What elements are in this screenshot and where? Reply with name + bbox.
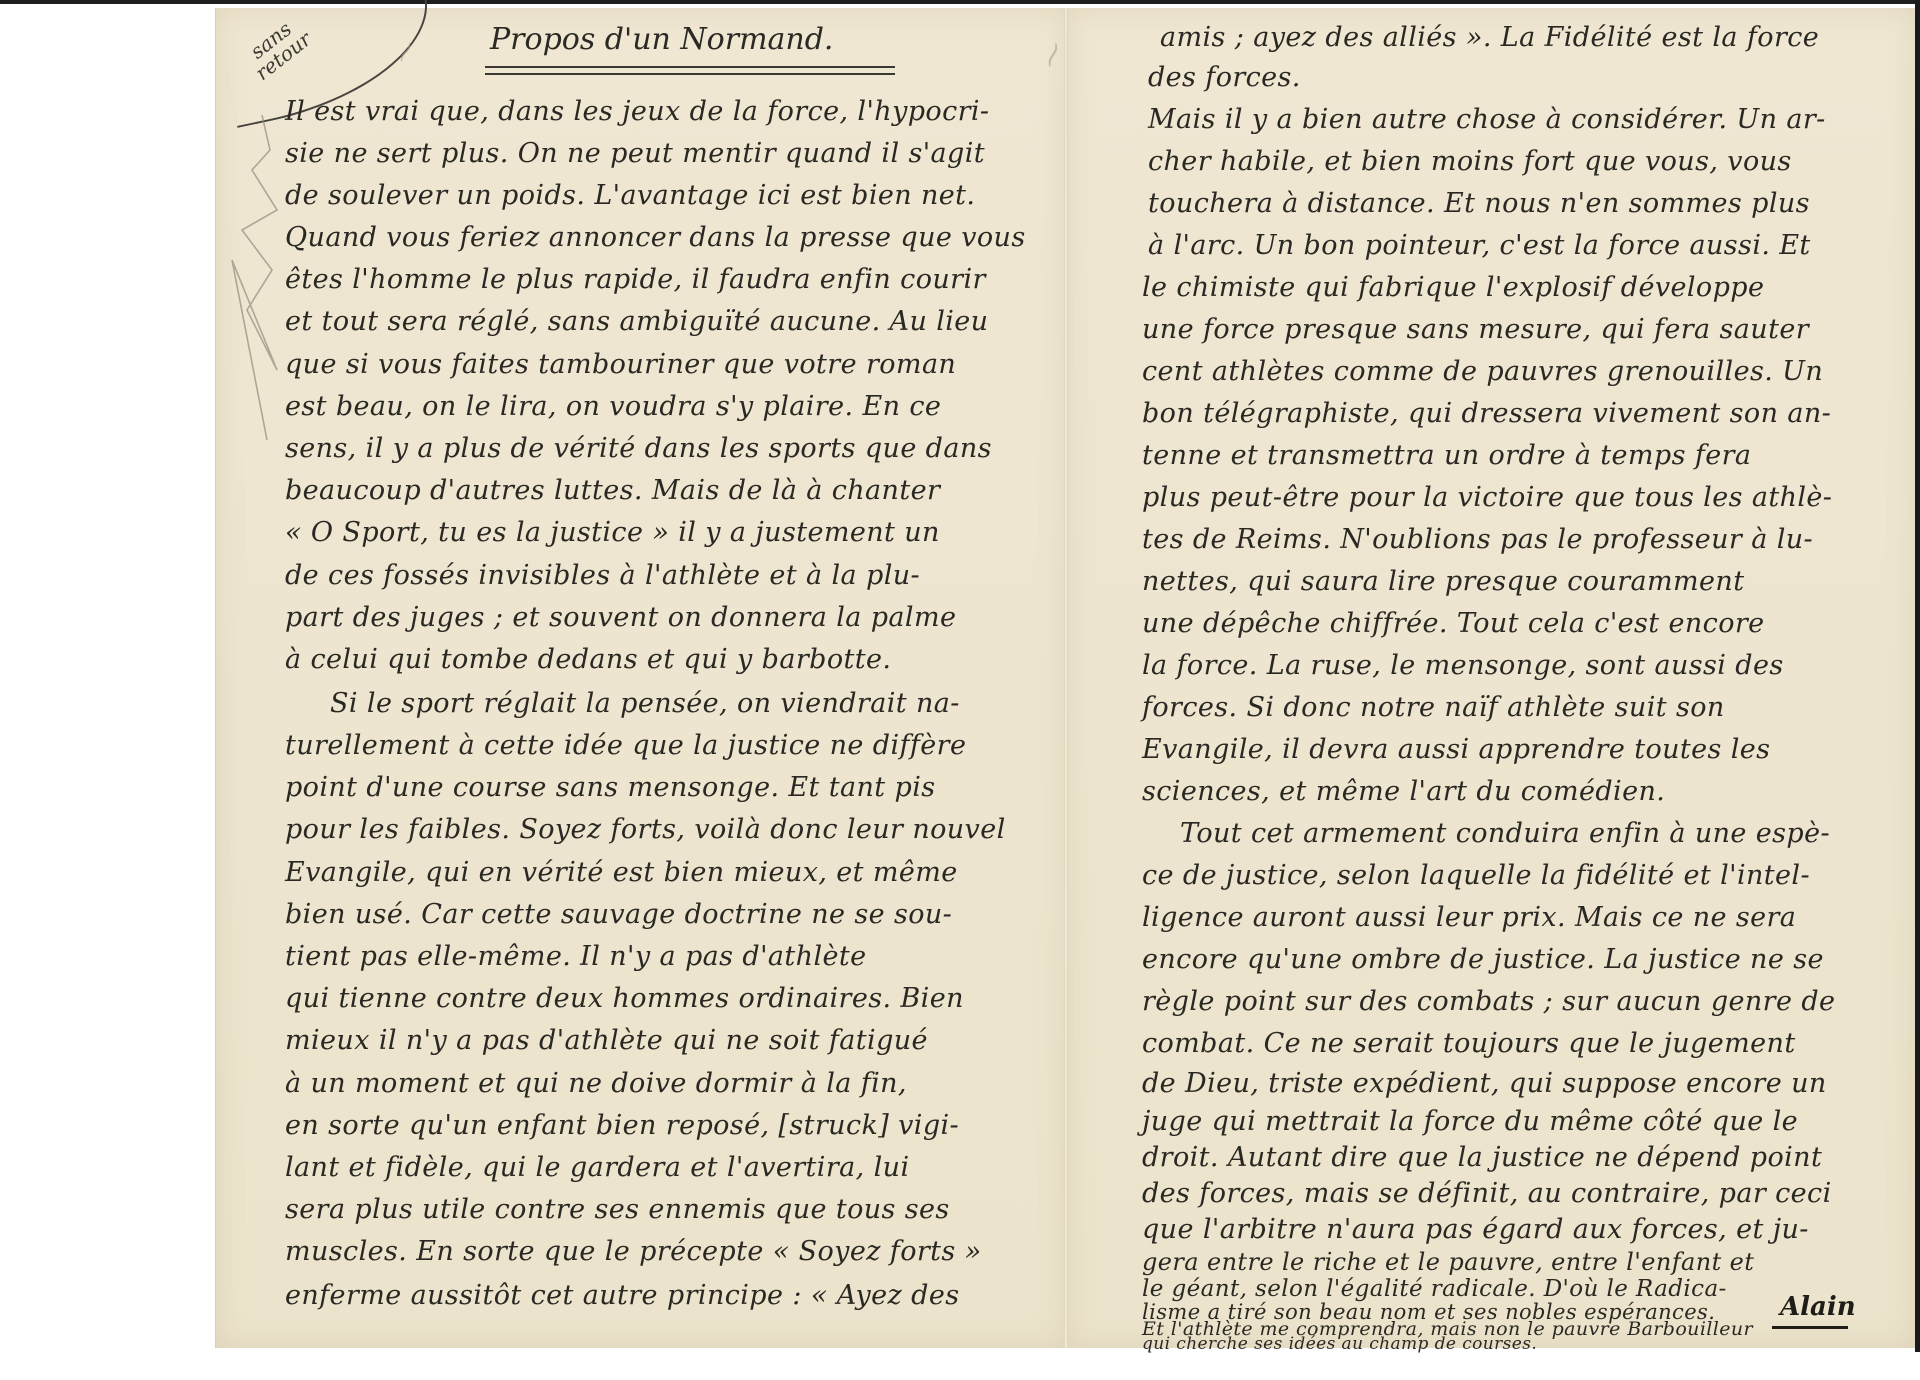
- text-line: le géant, selon l'égalité radicale. D'où…: [1142, 1276, 1727, 1302]
- text-line: à l'arc. Un bon pointeur, c'est la force…: [1148, 230, 1811, 261]
- text-line: Evangile, qui en vérité est bien mieux, …: [285, 857, 958, 888]
- text-line: enferme aussitôt cet autre principe : « …: [285, 1280, 959, 1311]
- scan-right-border: [1915, 0, 1920, 1352]
- text-line: ce de justice, selon laquelle la fidélit…: [1142, 860, 1810, 891]
- text-line: muscles. En sorte que le précepte « Soye…: [285, 1236, 982, 1267]
- text-line: bon télégraphiste, qui dressera vivement…: [1142, 398, 1831, 429]
- scan-top-border: [0, 0, 1920, 4]
- text-line: le chimiste qui fabrique l'explosif déve…: [1142, 272, 1764, 303]
- text-line: la force. La ruse, le mensonge, sont aus…: [1142, 650, 1784, 681]
- text-line: cent athlètes comme de pauvres grenouill…: [1142, 356, 1823, 387]
- text-line: point d'une course sans mensonge. Et tan…: [285, 772, 936, 803]
- text-line: amis ; ayez des alliés ». La Fidélité es…: [1160, 22, 1819, 53]
- text-line: touchera à distance. Et nous n'en sommes…: [1148, 188, 1810, 219]
- text-line: et tout sera réglé, sans ambiguïté aucun…: [285, 306, 988, 337]
- signature-underline: [1772, 1326, 1848, 1329]
- text-line: que l'arbitre n'aura pas égard aux force…: [1142, 1214, 1809, 1245]
- text-line: qui cherche ses idées au champ de course…: [1142, 1334, 1537, 1354]
- text-line: juge qui mettrait la force du même côté …: [1142, 1106, 1798, 1137]
- text-line: Tout cet armement conduira enfin à une e…: [1180, 818, 1830, 849]
- text-line: tenne et transmettra un ordre à temps fe…: [1142, 440, 1751, 471]
- text-line: mieux il n'y a pas d'athlète qui ne soit…: [285, 1025, 928, 1056]
- signature: Alain: [1780, 1292, 1856, 1322]
- text-line: Mais il y a bien autre chose à considére…: [1148, 104, 1826, 135]
- text-line: Il est vrai que, dans les jeux de la for…: [285, 96, 989, 127]
- pencil-scribble-icon: [222, 110, 292, 470]
- text-line: tient pas elle-même. Il n'y a pas d'athl…: [285, 941, 867, 972]
- text-line: des forces.: [1148, 62, 1301, 93]
- text-line: Quand vous feriez annoncer dans la press…: [285, 222, 1026, 253]
- text-line: êtes l'homme le plus rapide, il faudra e…: [285, 264, 986, 295]
- text-line: part des juges ; et souvent on donnera l…: [285, 602, 956, 633]
- text-line: de Dieu, triste expédient, qui suppose e…: [1142, 1068, 1827, 1099]
- text-line: Evangile, il devra aussi apprendre toute…: [1142, 734, 1770, 765]
- text-line: gera entre le riche et le pauvre, entre …: [1142, 1248, 1754, 1276]
- text-line: à un moment et qui ne doive dormir à la …: [285, 1068, 907, 1099]
- text-line: sie ne sert plus. On ne peut mentir quan…: [285, 138, 985, 169]
- text-line: turellement à cette idée que la justice …: [285, 730, 966, 761]
- text-line: à celui qui tombe dedans et qui y barbot…: [285, 644, 891, 675]
- title-underline-1: [485, 66, 895, 68]
- text-line: une dépêche chiffrée. Tout cela c'est en…: [1142, 608, 1765, 639]
- text-line: tes de Reims. N'oublions pas le professe…: [1142, 524, 1813, 555]
- text-line: pour les faibles. Soyez forts, voilà don…: [285, 814, 1006, 845]
- text-line: encore qu'une ombre de justice. La justi…: [1142, 944, 1824, 975]
- text-line: cher habile, et bien moins fort que vous…: [1148, 146, 1792, 177]
- text-line: est beau, on le lira, on voudra s'y plai…: [285, 391, 941, 422]
- text-line: que si vous faites tambouriner que votre…: [285, 349, 956, 380]
- text-line: en sorte qu'un enfant bien reposé, [stru…: [285, 1110, 959, 1141]
- text-line: de ces fossés invisibles à l'athlète et …: [285, 560, 920, 591]
- text-line: forces. Si donc notre naïf athlète suit …: [1142, 692, 1725, 723]
- text-line: « O Sport, tu es la justice » il y a jus…: [285, 517, 940, 548]
- text-line: une force presque sans mesure, qui fera …: [1142, 314, 1809, 345]
- text-line: sciences, et même l'art du comédien.: [1142, 776, 1665, 807]
- page-title: Propos d'un Normand.: [490, 22, 833, 57]
- text-line: plus peut-être pour la victoire que tous…: [1142, 482, 1832, 513]
- title-underline-2: [485, 73, 895, 75]
- text-line: Si le sport réglait la pensée, on viendr…: [330, 688, 960, 719]
- text-line: de soulever un poids. L'avantage ici est…: [285, 180, 975, 211]
- text-line: sens, il y a plus de vérité dans les spo…: [285, 433, 992, 464]
- text-line: sera plus utile contre ses ennemis que t…: [285, 1194, 950, 1225]
- text-line: règle point sur des combats ; sur aucun …: [1142, 986, 1835, 1017]
- text-line: combat. Ce ne serait toujours que le jug…: [1142, 1028, 1796, 1059]
- text-line: qui tienne contre deux hommes ordinaires…: [285, 983, 964, 1014]
- text-line: nettes, qui saura lire presque courammen…: [1142, 566, 1744, 597]
- text-line: droit. Autant dire que la justice ne dép…: [1142, 1142, 1822, 1173]
- text-line: des forces, mais se définit, au contrair…: [1142, 1178, 1832, 1209]
- text-line: bien usé. Car cette sauvage doctrine ne …: [285, 899, 952, 930]
- page-fold: [1064, 8, 1068, 1348]
- text-line: ligence auront aussi leur prix. Mais ce …: [1142, 902, 1796, 933]
- text-line: lant et fidèle, qui le gardera et l'aver…: [285, 1152, 909, 1183]
- text-line: beaucoup d'autres luttes. Mais de là à c…: [285, 475, 940, 506]
